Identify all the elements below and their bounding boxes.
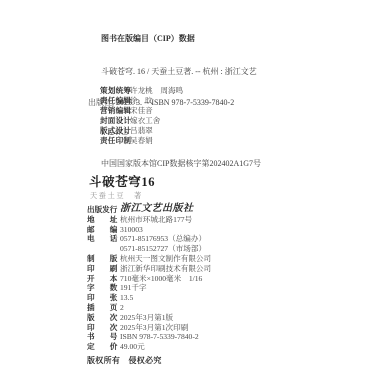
staff-row: 责任编辑 徐 旼 [100, 96, 183, 106]
publication-label: 书 号 [87, 332, 120, 342]
publication-label: 印 次 [87, 323, 120, 333]
publication-label: 定 价 [87, 342, 120, 352]
publication-row: 版 次 2025年3月第1版 [87, 313, 211, 323]
staff-role-label: 封面设计 [100, 116, 130, 126]
staff-row: 责任印制 吴春娟 [100, 136, 183, 146]
publication-value: 2025年3月第1次印刷 [120, 323, 188, 333]
publication-row: 印 次 2025年3月第1次印刷 [87, 323, 211, 333]
staff-person-name: 吕翡翠 [130, 126, 153, 136]
publisher-label: 出版发行 [87, 205, 120, 215]
publication-value: 杭州市环城北路177号 [120, 215, 192, 225]
staff-row: 版式设计 吕翡翠 [100, 126, 183, 136]
publication-row: 地 址 杭州市环城北路177号 [87, 215, 211, 225]
publication-row: 印 张 13.5 [87, 293, 211, 303]
publication-value: 310003 [120, 225, 143, 235]
publication-block: 出版发行 浙江文艺出版社 地 址 杭州市环城北路177号 邮 编 310003 … [87, 205, 211, 352]
cip-line: 中国国家版本馆CIP数据核字第202402A1G7号 [88, 159, 303, 169]
publication-value: 49.00元 [120, 342, 145, 352]
publication-row: 定 价 49.00元 [87, 342, 211, 352]
staff-person-name: 宋佳音 [130, 106, 153, 116]
staff-role-label: 责任印制 [100, 136, 130, 146]
publication-label: 邮 编 [87, 225, 120, 235]
publisher-logo: 浙江文艺出版社 [120, 204, 194, 214]
publication-label: 制 版 [87, 254, 120, 264]
publication-row: 开 本 710毫米×1000毫米 1/16 [87, 274, 211, 284]
publication-row: 邮 编 310003 [87, 225, 211, 235]
copyright-page: 图书在版编目（CIP）数据 斗破苍穹. 16 / 天蚕土豆著. -- 杭州 : … [0, 0, 375, 375]
publisher-row: 出版发行 浙江文艺出版社 [87, 205, 211, 215]
publication-label: 开 本 [87, 274, 120, 284]
publication-value: 2 [120, 303, 124, 313]
staff-person-name: 徐 旼 [130, 96, 153, 106]
publication-row: 0571-85152727（市场部） [87, 244, 211, 254]
publication-value: 浙江新华印刷技术有限公司 [120, 264, 211, 274]
publication-value: ISBN 978-7-5339-7840-2 [120, 332, 199, 342]
staff-person-name: 许龙桃 周海鸣 [130, 86, 183, 96]
publication-value: 杭州天一图文制作有限公司 [120, 254, 211, 264]
publication-label: 插 页 [87, 303, 120, 313]
copyright-notice: 版权所有 侵权必究 [87, 355, 162, 366]
staff-role-label: 版式设计 [100, 126, 130, 136]
publication-value: 13.5 [120, 293, 133, 303]
publication-label [87, 244, 120, 254]
publication-label: 版 次 [87, 313, 120, 323]
cip-line: 斗破苍穹. 16 / 天蚕土豆著. -- 杭州 : 浙江文艺 [88, 67, 303, 77]
publication-value: 0571-85152727（市场部） [120, 244, 206, 254]
publication-value: 191千字 [120, 283, 147, 293]
publication-value: 2025年3月第1版 [120, 313, 173, 323]
publication-rows: 地 址 杭州市环城北路177号 邮 编 310003 电 话 0571-8517… [87, 215, 211, 352]
staff-block: 策划统筹 许龙桃 周海鸣 责任编辑 徐 旼 营销编辑 宋佳音 封面设计 嫁衣工舍… [100, 86, 183, 146]
publication-label: 印 张 [87, 293, 120, 303]
publication-label: 电 话 [87, 234, 120, 244]
cip-heading: 图书在版编目（CIP）数据 [88, 34, 303, 44]
staff-role-label: 策划统筹 [100, 86, 130, 96]
staff-row: 营销编辑 宋佳音 [100, 106, 183, 116]
book-author: 天蚕土豆 著 [90, 191, 143, 201]
publication-label: 字 数 [87, 283, 120, 293]
publication-value: 0571-85176953（总编办） [120, 234, 206, 244]
publication-row: 制 版 杭州天一图文制作有限公司 [87, 254, 211, 264]
publication-label: 印 刷 [87, 264, 120, 274]
staff-row: 封面设计 嫁衣工舍 [100, 116, 183, 126]
staff-row: 策划统筹 许龙桃 周海鸣 [100, 86, 183, 96]
publication-label: 地 址 [87, 215, 120, 225]
publication-row: 电 话 0571-85176953（总编办） [87, 234, 211, 244]
staff-role-label: 营销编辑 [100, 106, 130, 116]
publication-row: 书 号 ISBN 978-7-5339-7840-2 [87, 332, 211, 342]
publication-row: 插 页 2 [87, 303, 211, 313]
publication-row: 印 刷 浙江新华印刷技术有限公司 [87, 264, 211, 274]
staff-role-label: 责任编辑 [100, 96, 130, 106]
staff-person-name: 嫁衣工舍 [130, 116, 160, 126]
publication-row: 字 数 191千字 [87, 283, 211, 293]
publication-value: 710毫米×1000毫米 1/16 [120, 274, 202, 284]
staff-person-name: 吴春娟 [130, 136, 153, 146]
book-title: 斗破苍穹16 [89, 172, 155, 190]
